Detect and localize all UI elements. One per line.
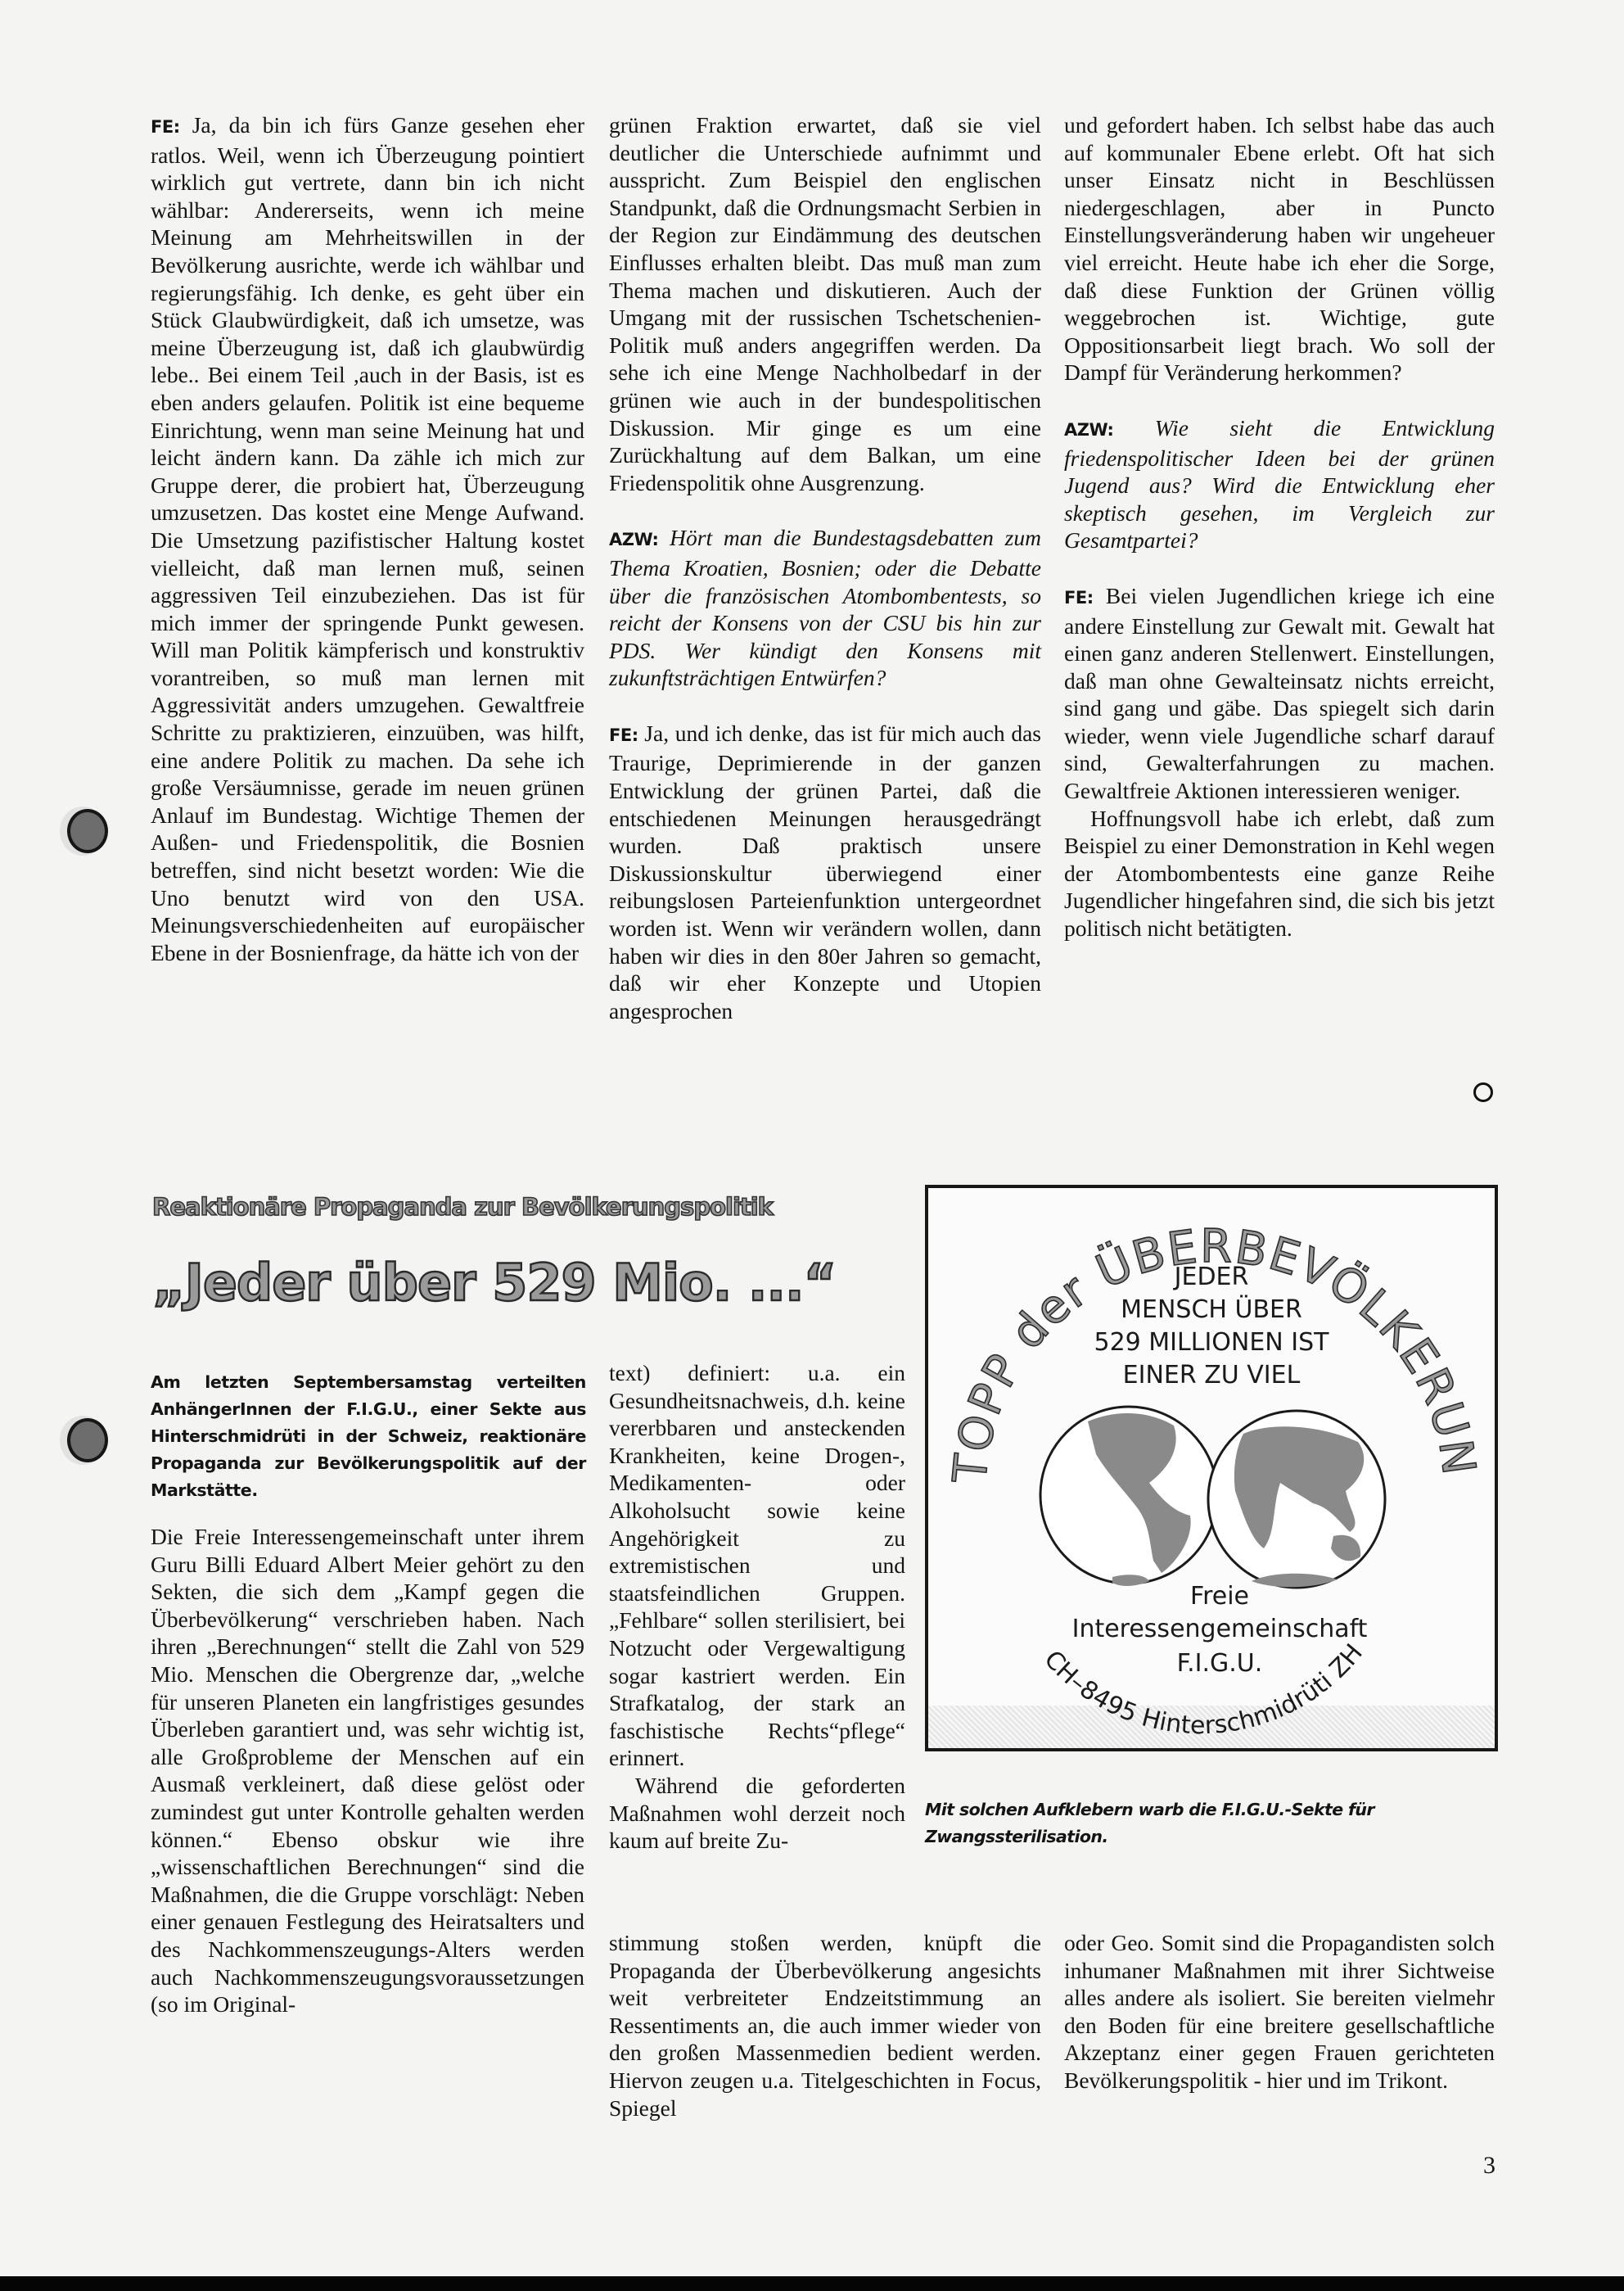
interview-answer: Hoffnungsvoll habe ich erlebt, daß zum B… xyxy=(1064,805,1495,942)
interview-question: AZW: Hört man die Bundestagsdebatten zum… xyxy=(609,524,1041,692)
article-column-2-wide: stimmung stoßen werden, knüpft die Propa… xyxy=(609,1929,1041,2122)
speaker-label: AZW: xyxy=(609,530,658,549)
speaker-label: AZW: xyxy=(1064,420,1113,440)
scan-edge xyxy=(0,2276,1624,2291)
article-lead: Am letzten Septembersamstag verteilten A… xyxy=(151,1369,586,1504)
interview-column-1: FE: Ja, da bin ich fürs Ganze gesehen eh… xyxy=(151,111,584,966)
article-column-2-top: text) definiert: u.a. ein Gesundheitsnac… xyxy=(609,1359,905,1855)
interview-answer: FE: Ja, da bin ich fürs Ganze gesehen eh… xyxy=(151,111,584,966)
article-column-1: Die Freie Interessengemeinschaft unter i… xyxy=(151,1523,584,2018)
punch-hole-icon xyxy=(67,809,108,853)
punch-hole-icon xyxy=(67,1418,108,1462)
speaker-label: FE: xyxy=(151,117,180,137)
sticker-line: MENSCH ÜBER xyxy=(1121,1295,1302,1324)
speaker-label: FE: xyxy=(609,725,638,745)
article-column-3: oder Geo. Somit sind die Propagandisten … xyxy=(1064,1929,1495,2094)
end-of-article-icon xyxy=(1473,1082,1493,1102)
sticker-org-line: Interessengemeinschaft xyxy=(1072,1615,1368,1643)
figure-caption: Mit solchen Aufklebern warb die F.I.G.U.… xyxy=(925,1796,1498,1850)
interview-answer: FE: Bei vielen Jugendlichen kriege ich e… xyxy=(1064,582,1495,805)
interview-answer: FE: Ja, und ich denke, das ist für mich … xyxy=(609,720,1041,1025)
sticker-line: JEDER xyxy=(1173,1263,1249,1291)
sticker-org-line: Freie xyxy=(1190,1582,1249,1611)
sticker-figure: STOPP der ÜBERBEVÖLKERUNG JEDER MENSCH Ü… xyxy=(925,1185,1498,1751)
page-number: 3 xyxy=(1483,2152,1495,2180)
article-kicker: Reaktionäre Propaganda zur Bevölkerungsp… xyxy=(152,1193,773,1221)
interview-column-2: grünen Fraktion erwartet, daß sie viel d… xyxy=(609,111,1041,1024)
speaker-label: FE: xyxy=(1064,588,1094,608)
interview-answer: und gefordert haben. Ich selbst habe das… xyxy=(1064,111,1495,386)
sticker-line: 529 MILLIONEN IST xyxy=(1094,1328,1329,1357)
two-globes-icon: STOPP der ÜBERBEVÖLKERUNG JEDER MENSCH Ü… xyxy=(928,1188,1495,1748)
interview-column-3: und gefordert haben. Ich selbst habe das… xyxy=(1064,111,1495,942)
interview-answer: grünen Fraktion erwartet, daß sie viel d… xyxy=(609,111,1041,496)
interview-question: AZW: Wie sieht die Entwicklung friedensp… xyxy=(1064,414,1495,554)
sticker-org-line: F.I.G.U. xyxy=(1177,1649,1263,1678)
sticker-line: EINER ZU VIEL xyxy=(1123,1361,1301,1390)
article-headline: „Jeder über 529 Mio. ...“ xyxy=(152,1253,836,1313)
